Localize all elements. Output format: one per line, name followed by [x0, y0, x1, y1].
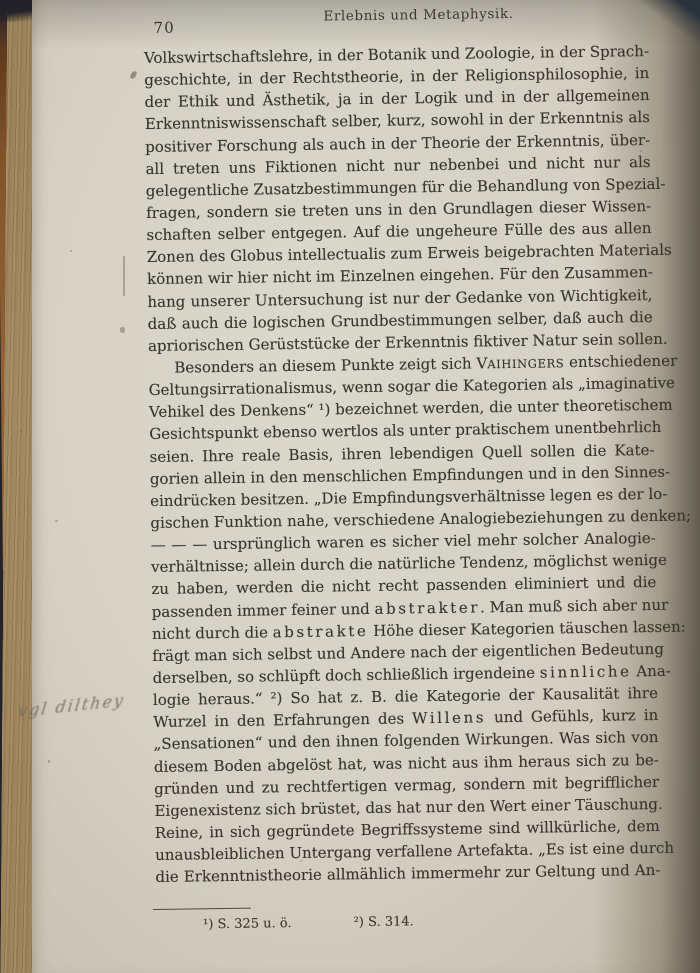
- emphasized-text: Willens: [412, 709, 486, 728]
- page-number: 70: [153, 19, 174, 37]
- paper-speck: [55, 520, 58, 522]
- paper-speck: [70, 250, 72, 252]
- text-segment: derselben, so schlüpft doch schließlich …: [153, 664, 540, 687]
- text-segment: entschiedener: [564, 352, 677, 372]
- text-segment: Wurzel in den Erfahrungen des: [153, 710, 412, 732]
- book-page: 70 Erlebnis und Metaphysik. Volkswirtsch…: [32, 0, 700, 973]
- margin-crease-mark: [123, 256, 125, 296]
- running-header: Erlebnis und Metaphysik.: [323, 6, 513, 25]
- footnote-2: ²) S. 314.: [354, 914, 414, 930]
- text-segment: nicht durch die: [152, 623, 273, 643]
- emphasized-text: AIHINGERS: [487, 356, 564, 371]
- text-segment: die Erkenntnistheorie allmählich immerme…: [155, 861, 660, 886]
- text-segment: Ana-: [631, 662, 671, 681]
- printed-page-content: 70 Erlebnis und Metaphysik. Volkswirtsch…: [25, 0, 700, 973]
- body-text-block: Volkswirtschaftslehre, in der Botanik un…: [144, 40, 661, 888]
- footnotes: ¹) S. 325 u. ö. ²) S. 314.: [203, 914, 414, 932]
- paper-speck: [20, 430, 22, 432]
- text-segment: und Gefühls, kurz in: [486, 706, 658, 726]
- footnote-1: ¹) S. 325 u. ö.: [203, 916, 292, 932]
- paper-speck: [300, 860, 302, 862]
- footnote-separator-rule: [153, 908, 251, 910]
- emphasized-text: abstrakter: [374, 598, 480, 617]
- text-segment: Höhe dieser Kategorien täuschen lassen:: [368, 617, 686, 639]
- text-segment: . Man muß sich aber nur: [480, 595, 668, 616]
- text-segment: passenden immer feiner und: [152, 599, 375, 620]
- emphasized-text: abstrakte: [273, 622, 369, 641]
- text-segment: V: [476, 354, 487, 372]
- text-segment: Besonders an diesem Punkte zeigt sich: [174, 354, 476, 376]
- paper-speck: [640, 150, 642, 152]
- book-page-photo: 70 Erlebnis und Metaphysik. Volkswirtsch…: [0, 0, 700, 973]
- paper-speck: [48, 760, 50, 763]
- emphasized-text: sinnliche: [540, 662, 632, 681]
